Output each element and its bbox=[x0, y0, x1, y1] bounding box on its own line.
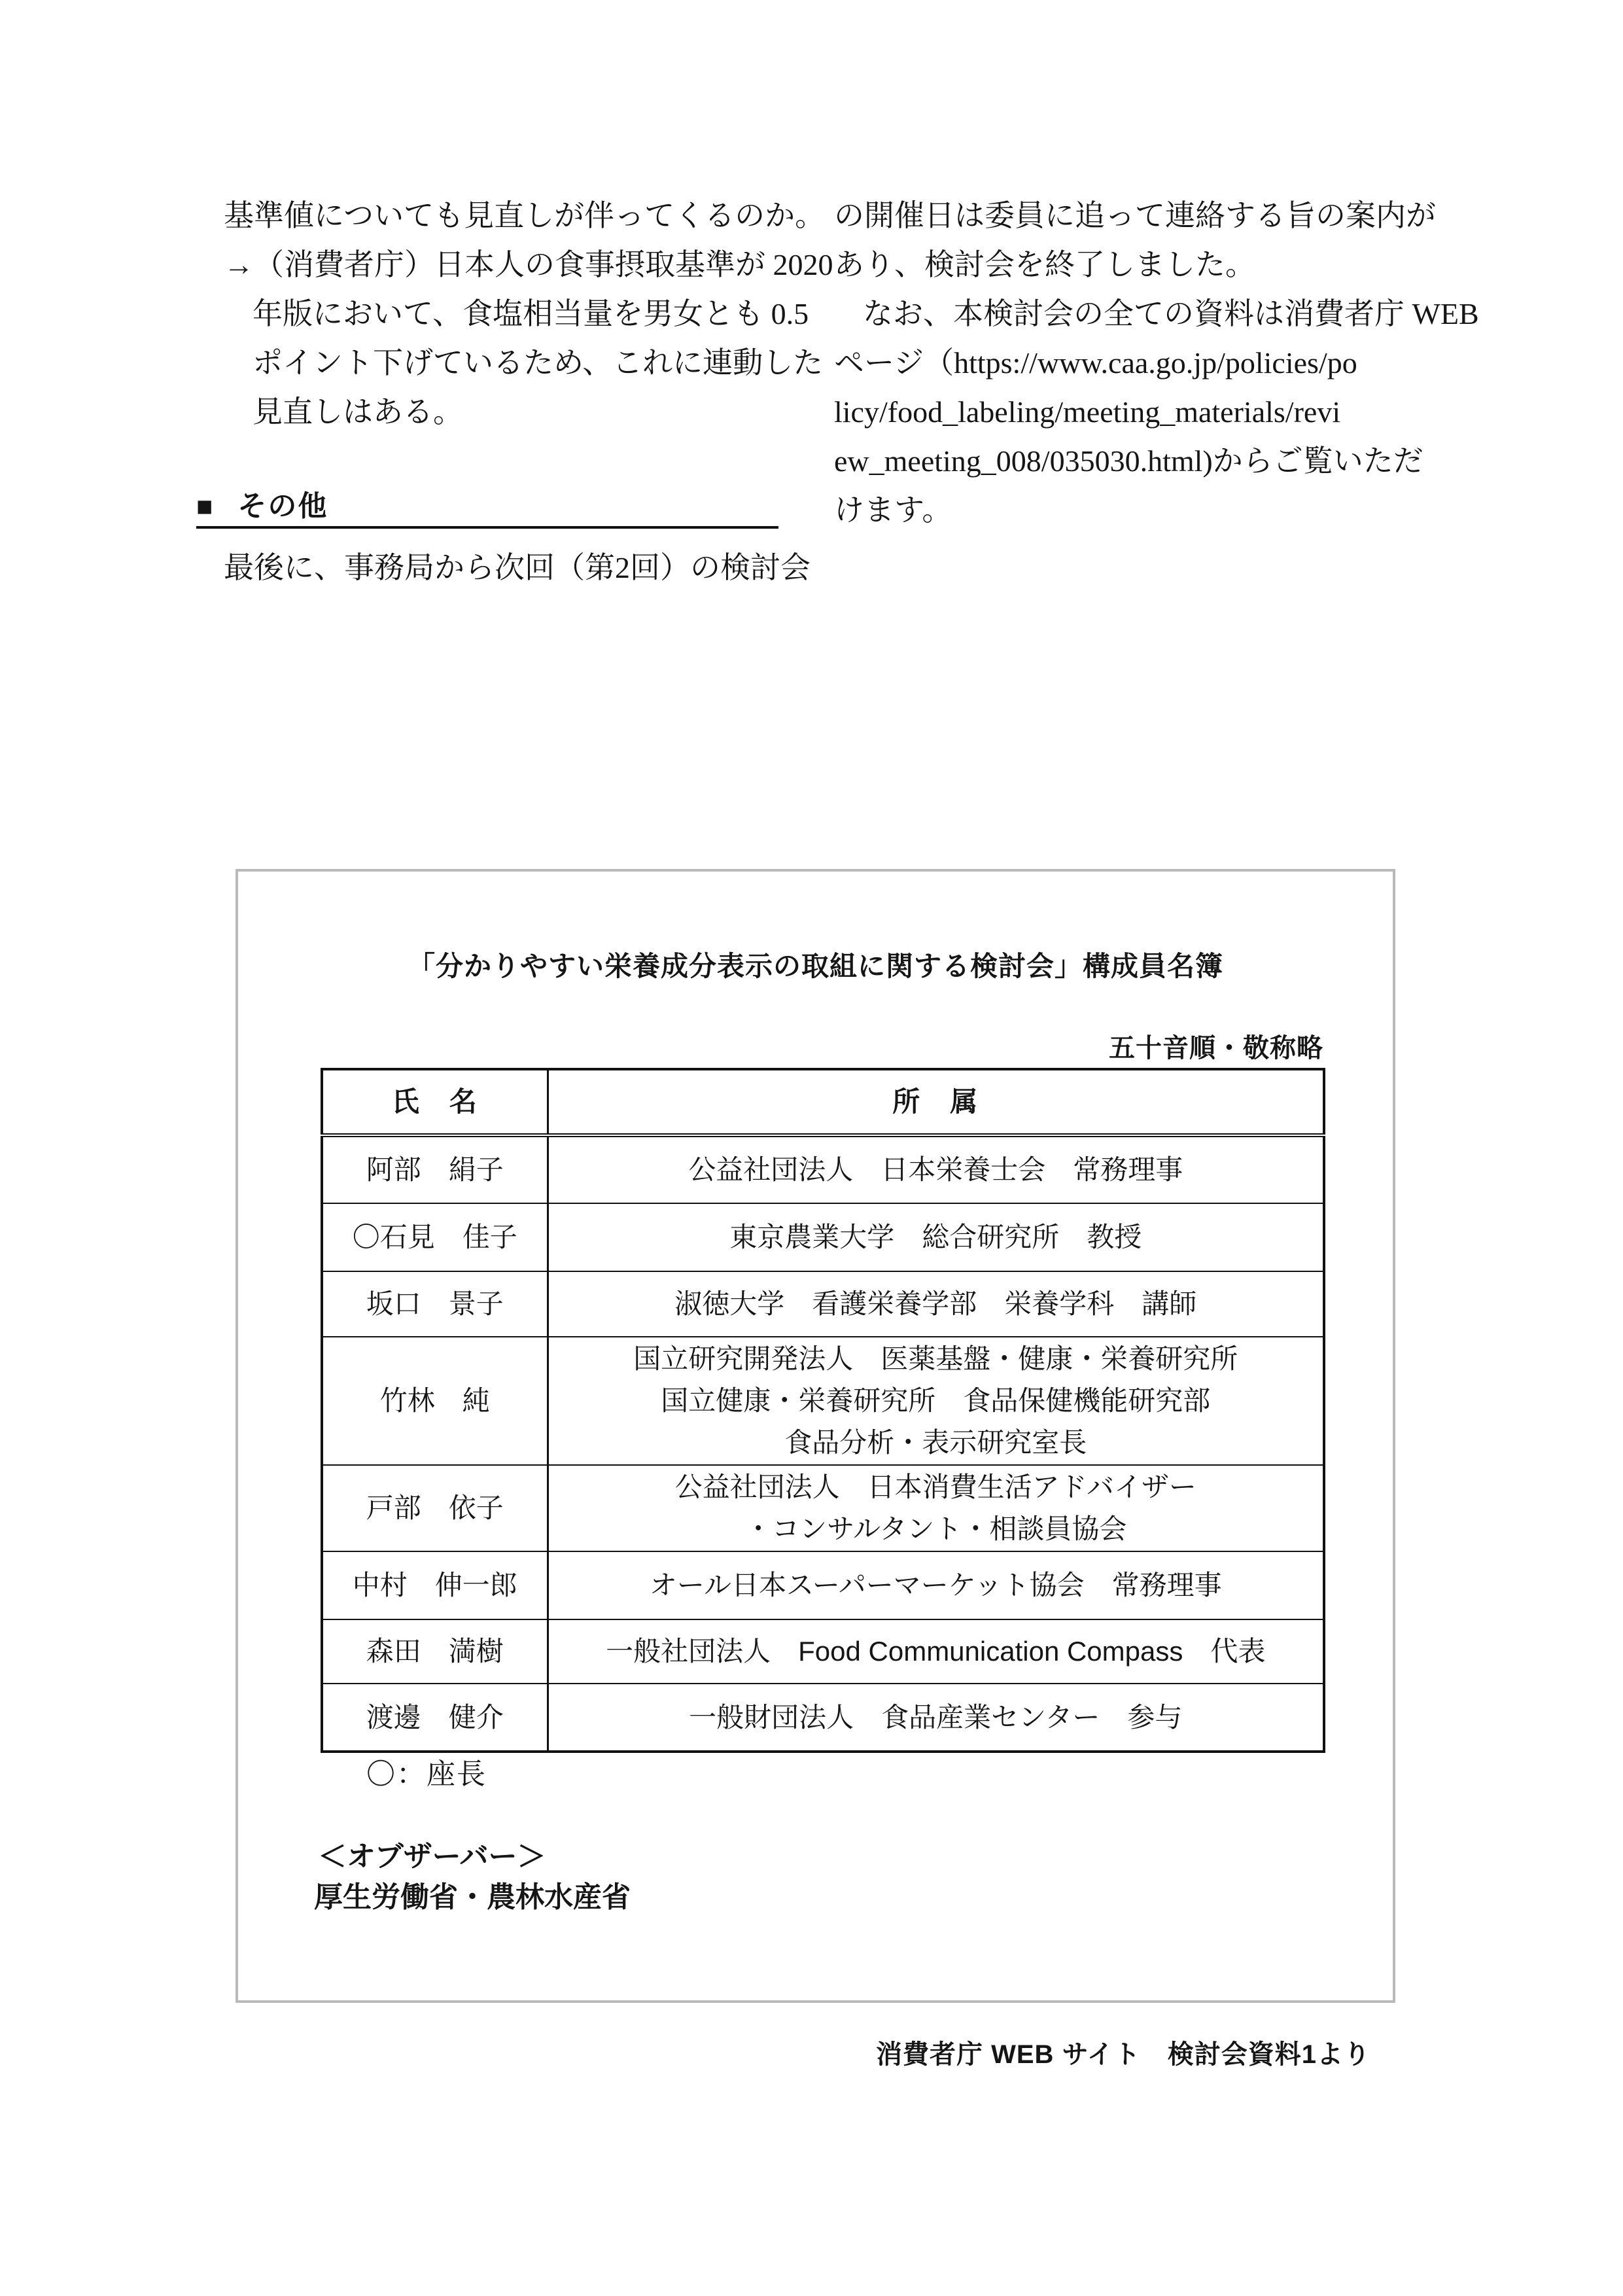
member-affiliation: 一般社団法人 Food Communication Compass 代表 bbox=[548, 1619, 1324, 1684]
observer-heading: ＜オブザーバー＞ bbox=[318, 1839, 546, 1875]
right-text-column: の開催日は委員に追って連絡する旨の案内が あり、検討会を終了しました。 なお、本… bbox=[834, 191, 1479, 535]
sort-order-note: 五十音順・敬称略 bbox=[1109, 1027, 1323, 1065]
section-heading-label: その他 bbox=[237, 488, 328, 525]
member-name: 戸部 依子 bbox=[322, 1465, 548, 1551]
body-line: けます。 bbox=[834, 486, 1479, 535]
source-caption: 消費者庁 WEB サイト 検討会資料1より bbox=[876, 2036, 1370, 2073]
member-affiliation: 淑徳大学 看護栄養学部 栄養学科 講師 bbox=[548, 1271, 1324, 1337]
member-name: 中村 伸一郎 bbox=[322, 1551, 548, 1619]
roster-title: 「分かりやすい栄養成分表示の取組に関する検討会」構成員名簿 bbox=[238, 945, 1393, 984]
body-line: 見直しはある。 bbox=[224, 387, 833, 436]
section-heading: ■ その他 bbox=[196, 487, 778, 529]
section-body: 最後に、事務局から次回（第2回）の検討会 bbox=[224, 543, 811, 592]
body-line: あり、検討会を終了しました。 bbox=[834, 240, 1479, 289]
table-header-row: 氏 名 所 属 bbox=[322, 1069, 1324, 1135]
body-line: →（消費者庁）日本人の食事摂取基準が 2020 bbox=[224, 240, 833, 289]
table-row: 阿部 絹子 公益社団法人 日本栄養士会 常務理事 bbox=[322, 1135, 1324, 1203]
body-line: 年版において、食塩相当量を男女とも 0.5 bbox=[224, 289, 833, 338]
member-affiliation: 公益社団法人 日本栄養士会 常務理事 bbox=[548, 1135, 1324, 1203]
member-affiliation: 公益社団法人 日本消費生活アドバイザー ・コンサルタント・相談員協会 bbox=[548, 1465, 1324, 1551]
table-row: 渡邊 健介 一般財団法人 食品産業センター 参与 bbox=[322, 1684, 1324, 1752]
body-line: 基準値についても見直しが伴ってくるのか。 bbox=[224, 191, 833, 240]
black-square-marker-icon: ■ bbox=[196, 488, 213, 525]
header-name: 氏 名 bbox=[322, 1069, 548, 1135]
table-row: 坂口 景子 淑徳大学 看護栄養学部 栄養学科 講師 bbox=[322, 1271, 1324, 1337]
member-name: 森田 満樹 bbox=[322, 1619, 548, 1684]
body-line: licy/food_labeling/meeting_materials/rev… bbox=[834, 387, 1479, 436]
table-row: 〇石見 佳子 東京農業大学 総合研究所 教授 bbox=[322, 1203, 1324, 1271]
body-line: の開催日は委員に追って連絡する旨の案内が bbox=[834, 191, 1479, 240]
table-row: 中村 伸一郎 オール日本スーパーマーケット協会 常務理事 bbox=[322, 1551, 1324, 1619]
body-line: 最後に、事務局から次回（第2回）の検討会 bbox=[224, 543, 811, 592]
member-affiliation: オール日本スーパーマーケット協会 常務理事 bbox=[548, 1551, 1324, 1619]
roster-table: 氏 名 所 属 阿部 絹子 公益社団法人 日本栄養士会 常務理事 〇石見 佳子 … bbox=[321, 1068, 1325, 1753]
body-line: ページ（https://www.caa.go.jp/policies/po bbox=[834, 338, 1479, 387]
body-line: なお、本検討会の全ての資料は消費者庁 WEB bbox=[834, 289, 1479, 338]
observer-names: 厚生労働省・農林水産省 bbox=[314, 1879, 631, 1916]
member-name: 〇石見 佳子 bbox=[322, 1203, 548, 1271]
member-name: 阿部 絹子 bbox=[322, 1135, 548, 1203]
table-row: 竹林 純 国立研究開発法人 医薬基盤・健康・栄養研究所 国立健康・栄養研究所 食… bbox=[322, 1337, 1324, 1465]
roster-box: 「分かりやすい栄養成分表示の取組に関する検討会」構成員名簿 五十音順・敬称略 氏… bbox=[236, 869, 1395, 2003]
table-row: 戸部 依子 公益社団法人 日本消費生活アドバイザー ・コンサルタント・相談員協会 bbox=[322, 1465, 1324, 1551]
member-affiliation: 東京農業大学 総合研究所 教授 bbox=[548, 1203, 1324, 1271]
chair-note: 〇：座長 bbox=[366, 1756, 487, 1793]
document-page: 基準値についても見直しが伴ってくるのか。 →（消費者庁）日本人の食事摂取基準が … bbox=[0, 0, 1623, 2296]
body-line: ポイント下げているため、これに連動した bbox=[224, 338, 833, 387]
body-line: ew_meeting_008/035030.html)からご覧いただ bbox=[834, 436, 1479, 486]
member-name: 竹林 純 bbox=[322, 1337, 548, 1465]
member-name: 渡邊 健介 bbox=[322, 1684, 548, 1752]
header-affiliation: 所 属 bbox=[548, 1069, 1324, 1135]
member-affiliation: 国立研究開発法人 医薬基盤・健康・栄養研究所 国立健康・栄養研究所 食品保健機能… bbox=[548, 1337, 1324, 1465]
table-row: 森田 満樹 一般社団法人 Food Communication Compass … bbox=[322, 1619, 1324, 1684]
left-text-column: 基準値についても見直しが伴ってくるのか。 →（消費者庁）日本人の食事摂取基準が … bbox=[224, 191, 833, 436]
member-affiliation: 一般財団法人 食品産業センター 参与 bbox=[548, 1684, 1324, 1752]
member-name: 坂口 景子 bbox=[322, 1271, 548, 1337]
